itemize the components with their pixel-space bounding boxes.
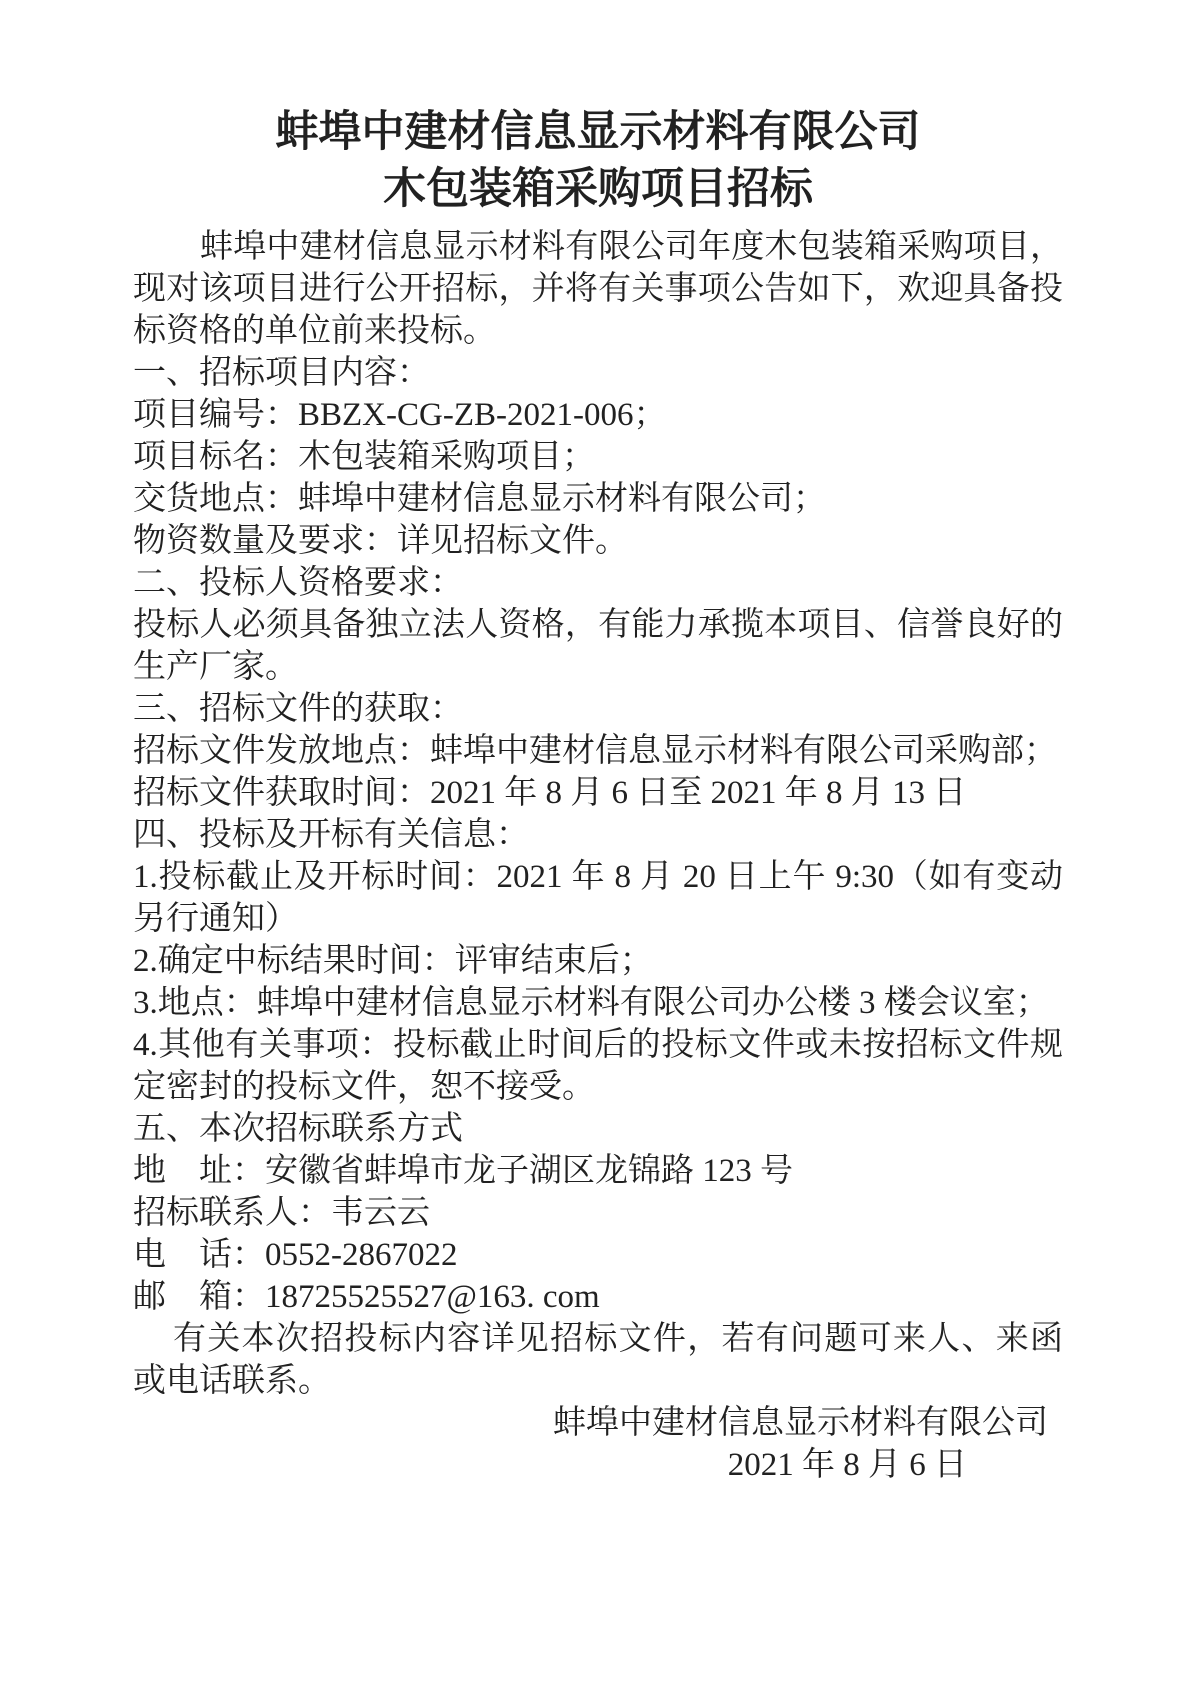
document-body: 蚌埠中建材信息显示材料有限公司年度木包装箱采购项目，现对该项目进行公开招标，并将… xyxy=(133,226,1063,1486)
section-4-heading: 四、投标及开标有关信息： xyxy=(133,814,1063,856)
document-title-line-2: 木包装箱采购项目招标 xyxy=(133,161,1063,218)
closing-paragraph: 有关本次招投标内容详见招标文件，若有问题可来人、来函或电话联系。 xyxy=(133,1318,1063,1402)
section-5-heading: 五、本次招标联系方式 xyxy=(133,1108,1063,1150)
other-matters-line: 4.其他有关事项：投标截止时间后的投标文件或未按招标文件规定密封的投标文件，恕不… xyxy=(133,1024,1063,1108)
bid-deadline-line: 1.投标截止及开标时间：2021 年 8 月 20 日上午 9:30（如有变动另… xyxy=(133,856,1063,940)
document-obtain-time-line: 招标文件获取时间：2021 年 8 月 6 日至 2021 年 8 月 13 日 xyxy=(133,772,1063,814)
intro-paragraph: 蚌埠中建材信息显示材料有限公司年度木包装箱采购项目，现对该项目进行公开招标，并将… xyxy=(133,226,1063,352)
project-name-line: 项目标名：木包装箱采购项目； xyxy=(133,436,1063,478)
document-content: 蚌埠中建材信息显示材料有限公司 木包装箱采购项目招标 蚌埠中建材信息显示材料有限… xyxy=(133,104,1063,1486)
project-number-line: 项目编号：BBZX-CG-ZB-2021-006； xyxy=(133,394,1063,436)
signature-date: 2021 年 8 月 6 日 xyxy=(133,1444,1063,1486)
contact-person-line: 招标联系人：韦云云 xyxy=(133,1192,1063,1234)
result-time-line: 2.确定中标结果时间：评审结束后； xyxy=(133,940,1063,982)
section-1-heading: 一、招标项目内容： xyxy=(133,352,1063,394)
delivery-location-line: 交货地点：蚌埠中建材信息显示材料有限公司； xyxy=(133,478,1063,520)
opening-location-line: 3.地点：蚌埠中建材信息显示材料有限公司办公楼 3 楼会议室； xyxy=(133,982,1063,1024)
address-line: 地 址：安徽省蚌埠市龙子湖区龙锦路 123 号 xyxy=(133,1150,1063,1192)
quantity-requirements-line: 物资数量及要求：详见招标文件。 xyxy=(133,520,1063,562)
section-3-heading: 三、招标文件的获取： xyxy=(133,688,1063,730)
phone-line: 电 话：0552-2867022 xyxy=(133,1234,1063,1276)
document-title-line-1: 蚌埠中建材信息显示材料有限公司 xyxy=(133,104,1063,161)
section-2-heading: 二、投标人资格要求： xyxy=(133,562,1063,604)
email-line: 邮 箱：18725525527@163. com xyxy=(133,1276,1063,1318)
signature-company: 蚌埠中建材信息显示材料有限公司 xyxy=(133,1402,1063,1444)
document-issue-location-line: 招标文件发放地点：蚌埠中建材信息显示材料有限公司采购部； xyxy=(133,730,1063,772)
document-page: 蚌埠中建材信息显示材料有限公司 木包装箱采购项目招标 蚌埠中建材信息显示材料有限… xyxy=(0,0,1191,1684)
bidder-qualification-line: 投标人必须具备独立法人资格，有能力承揽本项目、信誉良好的生产厂家。 xyxy=(133,604,1063,688)
